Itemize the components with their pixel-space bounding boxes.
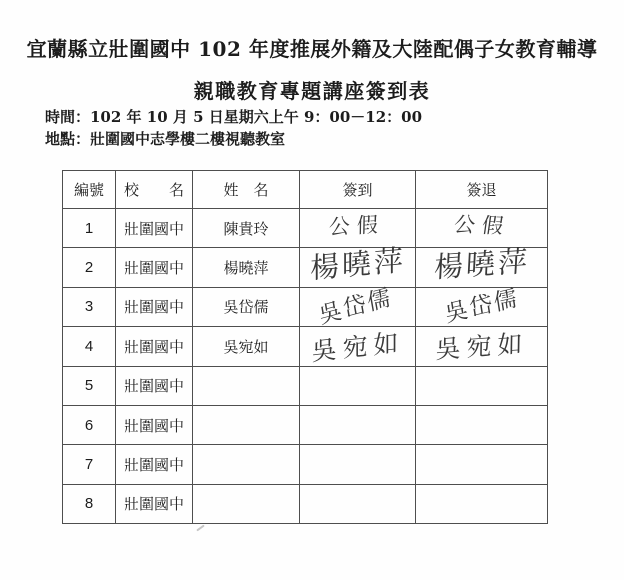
cell-attendee-name (193, 405, 300, 444)
cell-row-number: 6 (63, 405, 116, 444)
cell-school-name: 壯圍國中 (116, 484, 193, 523)
time-line: 時間：102 年 10 月 5 日星期六上午 9：00－12：00 (45, 106, 422, 127)
table-row: 5 壯圍國中 (63, 366, 548, 405)
col-header-number: 編號 (63, 171, 116, 209)
cell-school-name: 壯圍國中 (116, 445, 193, 484)
cell-attendee-name (193, 484, 300, 523)
cell-sign-out: 公假 (416, 209, 548, 248)
cell-attendee-name: 吳岱儒 (193, 287, 300, 326)
cell-row-number: 3 (63, 287, 116, 326)
cell-school-name: 壯圍國中 (116, 287, 193, 326)
cell-sign-in (300, 445, 416, 484)
cell-sign-out: 吳宛如 (416, 327, 548, 366)
cell-row-number: 4 (63, 327, 116, 366)
cell-sign-in (300, 405, 416, 444)
signature-sign-out: 吳岱儒 (443, 287, 520, 327)
signin-table: 編號 校 名 姓 名 簽到 簽退 1 壯圍國中 陳貴玲 公假 公假 2 壯圍國中… (62, 170, 548, 524)
cell-row-number: 7 (63, 445, 116, 484)
table-row: 2 壯圍國中 楊曉萍 楊曉萍 楊曉萍 (63, 248, 548, 287)
cell-sign-in: 楊曉萍 (300, 248, 416, 287)
cell-row-number: 2 (63, 248, 116, 287)
table-body: 1 壯圍國中 陳貴玲 公假 公假 2 壯圍國中 楊曉萍 楊曉萍 楊曉萍 3 壯圍… (63, 209, 548, 524)
cell-sign-out: 吳岱儒 (416, 287, 548, 326)
cell-sign-out (416, 366, 548, 405)
col-header-name: 姓 名 (193, 171, 300, 209)
col-header-school: 校 名 (116, 171, 193, 209)
location-line: 地點：壯圍國中志學樓二樓視聽教室 (45, 128, 285, 149)
cell-sign-in (300, 366, 416, 405)
scanned-signin-sheet: 宜蘭縣立壯圍國中 102 年度推展外籍及大陸配偶子女教育輔導 親職教育專題講座簽… (0, 0, 624, 580)
col-header-sign-in: 簽到 (300, 171, 416, 209)
cell-attendee-name (193, 445, 300, 484)
cell-attendee-name (193, 366, 300, 405)
cell-row-number: 8 (63, 484, 116, 523)
cell-sign-out (416, 405, 548, 444)
cell-sign-in (300, 484, 416, 523)
document-title: 宜蘭縣立壯圍國中 102 年度推展外籍及大陸配偶子女教育輔導 (0, 33, 624, 62)
scan-artifact (196, 525, 205, 532)
table-row: 1 壯圍國中 陳貴玲 公假 公假 (63, 209, 548, 248)
signature-sign-in: 吳宛如 (311, 330, 404, 365)
header-row: 編號 校 名 姓 名 簽到 簽退 (63, 171, 548, 209)
cell-attendee-name: 吳宛如 (193, 327, 300, 366)
cell-sign-in: 吳宛如 (300, 327, 416, 366)
signature-sign-in: 吳岱儒 (317, 286, 393, 328)
table-row: 3 壯圍國中 吳岱儒 吳岱儒 吳岱儒 (63, 287, 548, 326)
table-row: 4 壯圍國中 吳宛如 吳宛如 吳宛如 (63, 327, 548, 366)
cell-sign-in: 公假 (300, 209, 416, 248)
signature-sign-out: 吳宛如 (435, 331, 528, 363)
cell-attendee-name: 陳貴玲 (193, 209, 300, 248)
cell-school-name: 壯圍國中 (116, 366, 193, 405)
cell-row-number: 1 (63, 209, 116, 248)
table-row: 7 壯圍國中 (63, 445, 548, 484)
cell-sign-in: 吳岱儒 (300, 287, 416, 326)
table-row: 8 壯圍國中 (63, 484, 548, 523)
signature-sign-out: 楊曉萍 (433, 246, 530, 282)
cell-attendee-name: 楊曉萍 (193, 248, 300, 287)
cell-school-name: 壯圍國中 (116, 405, 193, 444)
cell-school-name: 壯圍國中 (116, 248, 193, 287)
cell-school-name: 壯圍國中 (116, 209, 193, 248)
cell-row-number: 5 (63, 366, 116, 405)
col-header-sign-out: 簽退 (416, 171, 548, 209)
signature-sign-in: 楊曉萍 (310, 245, 406, 282)
cell-sign-out (416, 445, 548, 484)
cell-school-name: 壯圍國中 (116, 327, 193, 366)
document-subtitle: 親職教育專題講座簽到表 (0, 75, 624, 104)
table-row: 6 壯圍國中 (63, 405, 548, 444)
cell-sign-out (416, 484, 548, 523)
cell-sign-out: 楊曉萍 (416, 248, 548, 287)
signature-sign-out: 公假 (452, 215, 511, 238)
signature-sign-in: 公假 (328, 215, 384, 239)
